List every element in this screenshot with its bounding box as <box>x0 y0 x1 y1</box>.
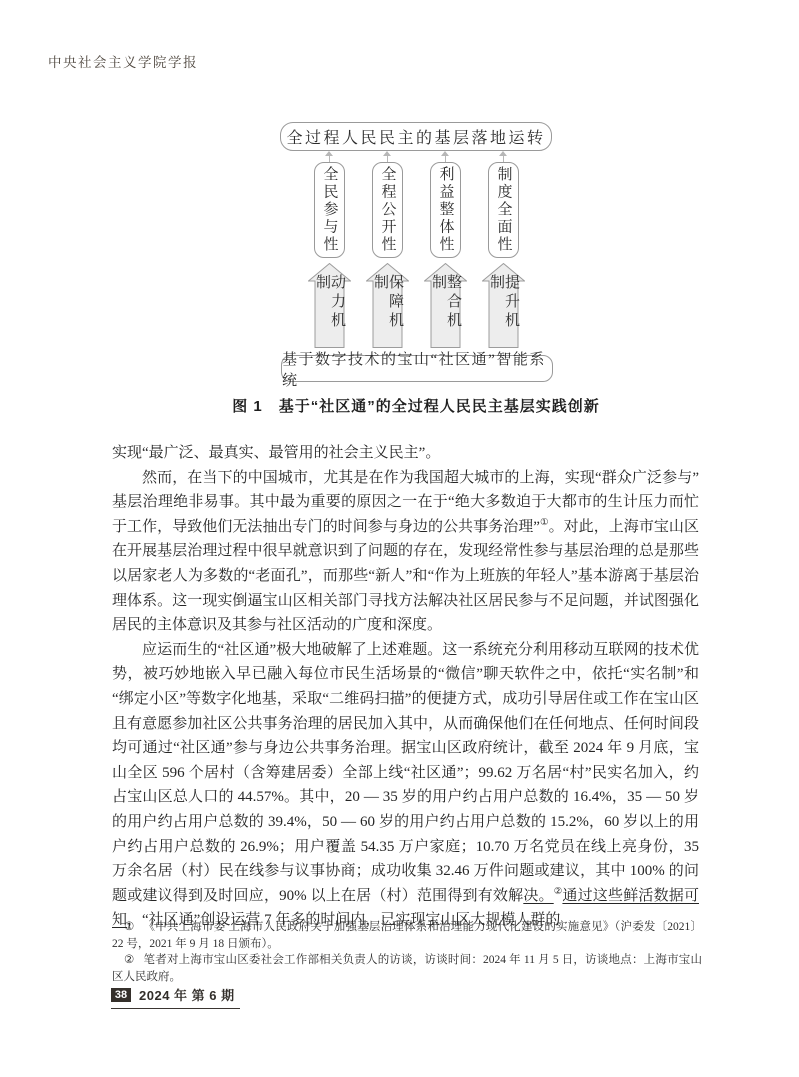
article-body: 实现“最广泛、最真实、最管用的社会主义民主”。然而，在当下的中国城市，尤其是在作… <box>112 441 699 933</box>
up-arrow-connector-icon <box>383 151 391 162</box>
pillar-box: 全民参与性 <box>314 162 345 258</box>
pillar-box: 制度全面性 <box>488 162 519 258</box>
footnote-marker: ① <box>124 921 135 933</box>
figure-pillars-row: 全民参与性 全程公开性 利益整体性 制度全面性 <box>280 162 552 258</box>
pillar-label: 利益整体性 <box>438 166 453 254</box>
up-arrow-connector-icon <box>441 151 449 162</box>
mechanism-label: 保障机制 <box>372 274 402 348</box>
footnotes: ①《中共上海市委 上海市人民政府关于加强基层治理体系和治理能力现代化建设的实施意… <box>112 919 702 985</box>
text-run: 实现“最广泛、最真实、最管用的社会主义民主”。 <box>112 445 440 461</box>
mechanism-arrow: 提升机制 <box>482 263 525 348</box>
connector-cell <box>488 151 519 162</box>
mechanism-label: 动力机制 <box>314 274 344 348</box>
connector-cell <box>372 151 403 162</box>
footnote: ①《中共上海市委 上海市人民政府关于加强基层治理体系和治理能力现代化建设的实施意… <box>112 919 702 952</box>
up-arrow-connector-icon <box>325 151 333 162</box>
figure-connectors <box>280 151 552 162</box>
page: 中央社会主义学院学报 全过程人民民主的基层落地运转 全民参与性 全程公开性 利益… <box>0 0 799 1077</box>
figure-caption: 图 1 基于“社区通”的全过程人民民主基层实践创新 <box>232 395 600 416</box>
page-footer: 38 2024 年 第 6 期 <box>111 985 240 1009</box>
mechanism-label: 提升机制 <box>488 274 518 348</box>
mechanism-arrow: 动力机制 <box>308 263 351 348</box>
footnote-marker: ② <box>124 954 135 966</box>
underlined-text: 决。 <box>523 888 553 904</box>
pillar-box: 利益整体性 <box>430 162 461 258</box>
footnote-text: 《中共上海市委 上海市人民政府关于加强基层治理体系和治理能力现代化建设的实施意见… <box>112 921 702 950</box>
footnote-text: 笔者对上海市宝山区委社会工作部相关负责人的访谈，访谈时间：2024 年 11 月… <box>112 954 702 983</box>
paragraph: 然而，在当下的中国城市，尤其是在作为我国超大城市的上海，实现“群众广泛参与”基层… <box>112 466 699 638</box>
page-number-badge: 38 <box>111 988 131 1002</box>
up-arrow-connector-icon <box>499 151 507 162</box>
pillar-box: 全程公开性 <box>372 162 403 258</box>
figure-mechanisms-row: 动力机制 保障机制 整合机制 提升机制 <box>280 263 552 348</box>
footnote-ref: ① <box>540 518 549 528</box>
paragraph: 应运而生的“社区通”极大地破解了上述难题。这一系统充分利用移动互联网的技术优势，… <box>112 638 699 933</box>
mechanism-label: 整合机制 <box>430 274 460 348</box>
figure-top-box: 全过程人民民主的基层落地运转 <box>280 122 552 151</box>
text-run: 。对此，上海市宝山区在开展基层治理过程中很早就意识到了问题的存在，发现经常性参与… <box>112 519 699 633</box>
pillar-label: 全程公开性 <box>380 166 395 254</box>
mechanism-arrow: 保障机制 <box>366 263 409 348</box>
mechanism-arrow: 整合机制 <box>424 263 467 348</box>
paragraph: 实现“最广泛、最真实、最管用的社会主义民主”。 <box>112 441 699 466</box>
pillar-label: 全民参与性 <box>322 166 337 254</box>
issue-label: 2024 年 第 6 期 <box>139 985 235 1004</box>
text-run: 应运而生的“社区通”极大地破解了上述难题。这一系统充分利用移动互联网的技术优势，… <box>112 642 699 904</box>
pillar-label: 制度全面性 <box>496 166 511 254</box>
connector-cell <box>314 151 345 162</box>
connector-cell <box>430 151 461 162</box>
figure-bottom-box: 基于数字技术的宝山“社区通”智能系统 <box>281 355 553 382</box>
footnote: ②笔者对上海市宝山区委社会工作部相关负责人的访谈，访谈时间：2024 年 11 … <box>112 952 702 985</box>
journal-header: 中央社会主义学院学报 <box>48 51 198 71</box>
